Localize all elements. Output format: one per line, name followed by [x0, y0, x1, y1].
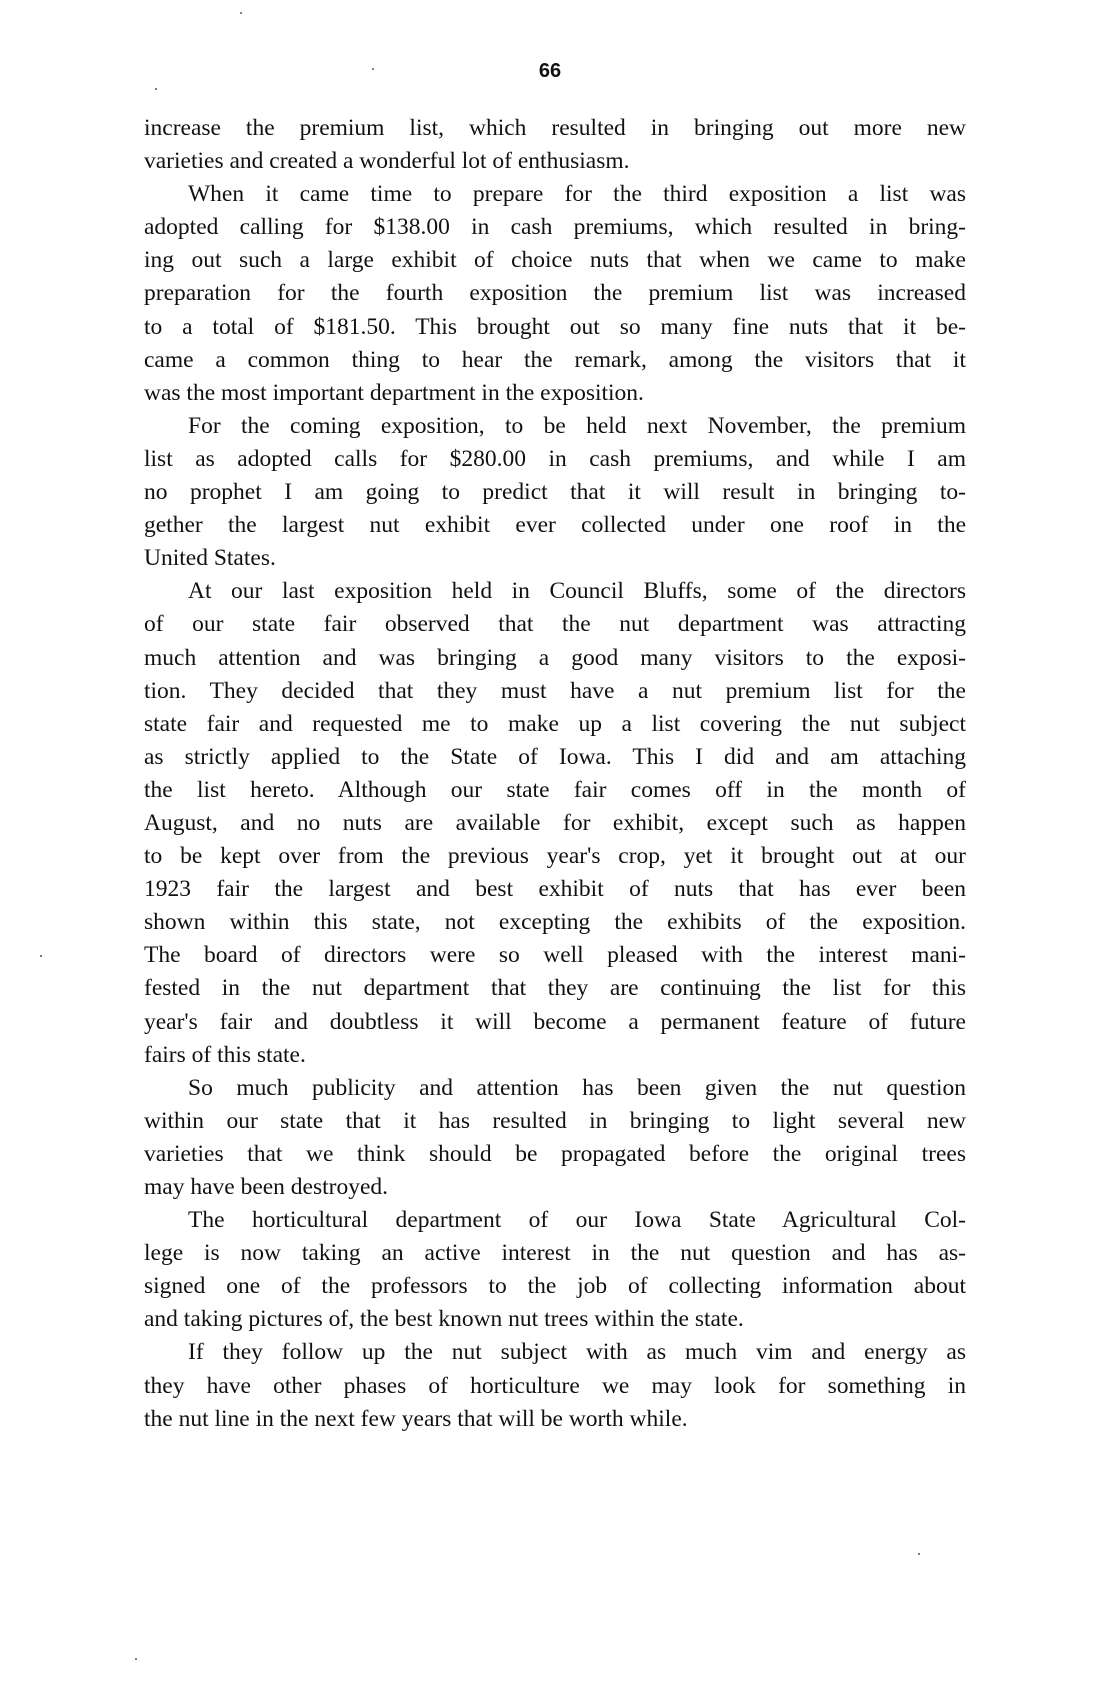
scan-speck: [372, 68, 374, 70]
scan-speck: [918, 1553, 920, 1555]
text-line: shown within this state, not excepting t…: [144, 906, 966, 939]
scan-speck: [40, 955, 42, 957]
text-line: the nut line in the next few years that …: [144, 1403, 966, 1436]
text-line: August, and no nuts are available for ex…: [144, 807, 966, 840]
text-line: United States.: [144, 542, 966, 575]
text-line: The board of directors were so well plea…: [144, 939, 966, 972]
body-text: increase the premium list, which resulte…: [144, 112, 966, 1436]
text-line: to a total of $181.50. This brought out …: [144, 311, 966, 344]
text-line: no prophet I am going to predict that it…: [144, 476, 966, 509]
text-line: preparation for the fourth exposition th…: [144, 277, 966, 310]
text-line: fested in the nut department that they a…: [144, 972, 966, 1005]
text-line: When it came time to prepare for the thi…: [144, 178, 966, 211]
paragraph: For the coming exposition, to be held ne…: [144, 410, 966, 575]
text-line: the list hereto. Although our state fair…: [144, 774, 966, 807]
text-line: 1923 fair the largest and best exhibit o…: [144, 873, 966, 906]
text-line: gether the largest nut exhibit ever coll…: [144, 509, 966, 542]
paragraph: At our last exposition held in Council B…: [144, 575, 966, 1071]
text-line: came a common thing to hear the remark, …: [144, 344, 966, 377]
text-line: state fair and requested me to make up a…: [144, 708, 966, 741]
text-line: If they follow up the nut subject with a…: [144, 1336, 966, 1369]
text-line: and taking pictures of, the best known n…: [144, 1303, 966, 1336]
text-line: At our last exposition held in Council B…: [144, 575, 966, 608]
paragraph: The horticultural department of our Iowa…: [144, 1204, 966, 1336]
text-line: of our state fair observed that the nut …: [144, 608, 966, 641]
text-line: as strictly applied to the State of Iowa…: [144, 741, 966, 774]
scan-speck: [240, 12, 242, 14]
page-number: 66: [0, 60, 1100, 83]
text-line: ing out such a large exhibit of choice n…: [144, 244, 966, 277]
scan-speck: [135, 1658, 137, 1660]
text-line: much attention and was bringing a good m…: [144, 642, 966, 675]
document-page: 66 increase the premium list, which resu…: [0, 0, 1100, 1699]
text-line: was the most important department in the…: [144, 377, 966, 410]
text-line: signed one of the professors to the job …: [144, 1270, 966, 1303]
text-line: varieties that we think should be propag…: [144, 1138, 966, 1171]
text-line: tion. They decided that they must have a…: [144, 675, 966, 708]
text-line: year's fair and doubtless it will become…: [144, 1006, 966, 1039]
text-line: they have other phases of horticulture w…: [144, 1370, 966, 1403]
text-line: list as adopted calls for $280.00 in cas…: [144, 443, 966, 476]
paragraph: When it came time to prepare for the thi…: [144, 178, 966, 410]
paragraph: If they follow up the nut subject with a…: [144, 1336, 966, 1435]
scan-speck: [155, 88, 157, 90]
text-line: within our state that it has resulted in…: [144, 1105, 966, 1138]
text-line: The horticultural department of our Iowa…: [144, 1204, 966, 1237]
paragraph: So much publicity and attention has been…: [144, 1072, 966, 1204]
paragraph: increase the premium list, which resulte…: [144, 112, 966, 178]
text-line: For the coming exposition, to be held ne…: [144, 410, 966, 443]
text-line: varieties and created a wonderful lot of…: [144, 145, 966, 178]
text-line: to be kept over from the previous year's…: [144, 840, 966, 873]
text-line: may have been destroyed.: [144, 1171, 966, 1204]
text-line: increase the premium list, which resulte…: [144, 112, 966, 145]
text-line: So much publicity and attention has been…: [144, 1072, 966, 1105]
text-line: adopted calling for $138.00 in cash prem…: [144, 211, 966, 244]
text-line: lege is now taking an active interest in…: [144, 1237, 966, 1270]
text-line: fairs of this state.: [144, 1039, 966, 1072]
